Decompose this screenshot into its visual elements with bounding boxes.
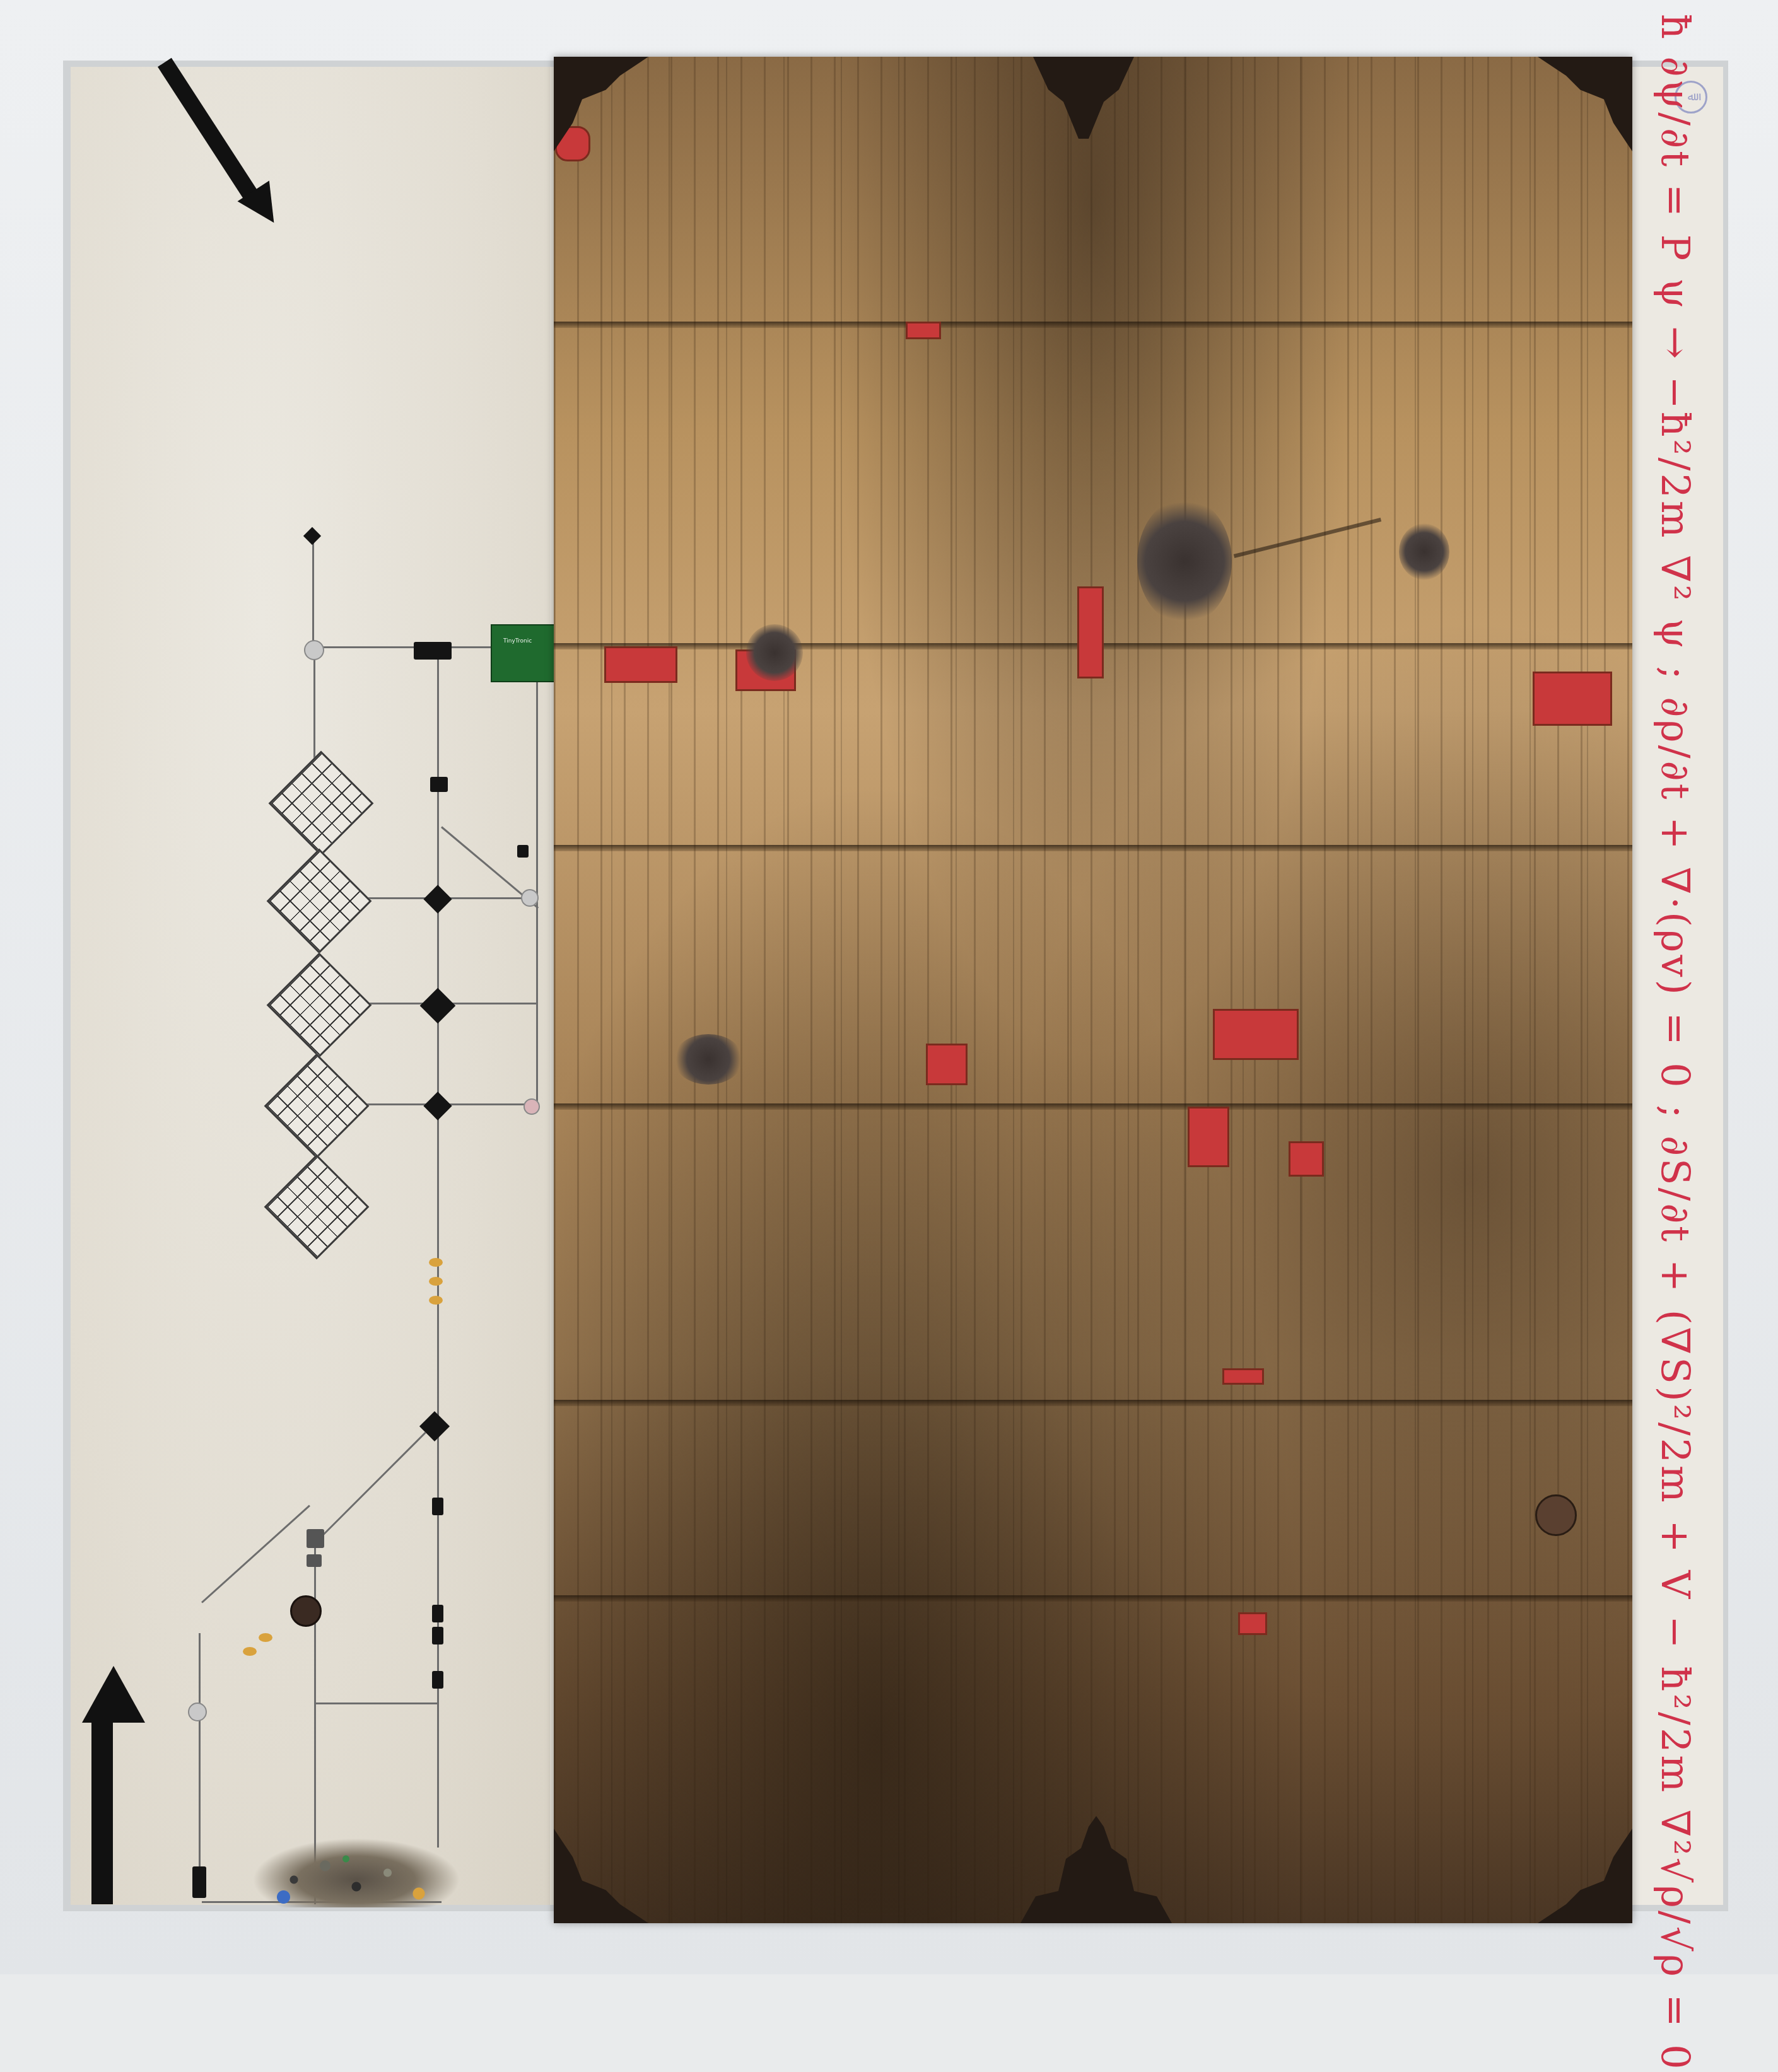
- inductor: [307, 1529, 324, 1548]
- thread: [1234, 518, 1381, 558]
- ceramic-capacitor: [259, 1633, 272, 1642]
- smd-chip: [430, 777, 448, 792]
- handwritten-equation: i ħ ∂ψ/∂t = P ψ → −ħ²/2m ∇² ψ ; ∂ρ/∂t + …: [1637, 164, 1713, 1892]
- corner-bracket-bottom-right: [1538, 1829, 1632, 1923]
- red-paint-patch: [906, 322, 941, 339]
- smd-chip: [432, 1498, 443, 1515]
- bottom-center-ornament: [1021, 1816, 1172, 1923]
- equation-text: i ħ ∂ψ/∂t = P ψ → −ħ²/2m ∇² ψ ; ∂ρ/∂t + …: [1652, 0, 1699, 1974]
- capacitor: [188, 1702, 207, 1721]
- capacitor: [523, 1098, 540, 1115]
- wire: [437, 656, 439, 1848]
- red-paint-patch: [1222, 1368, 1264, 1385]
- component-debris-pile: [252, 1838, 460, 1907]
- board-seam: [554, 845, 1632, 851]
- ceramic-capacitor: [429, 1296, 443, 1305]
- ceramic-capacitor: [429, 1277, 443, 1286]
- burn-mark: [674, 1034, 743, 1085]
- inductor: [192, 1866, 206, 1898]
- burn-mark: [1399, 523, 1449, 580]
- green-pcb-board: TinyTronic: [491, 624, 559, 682]
- red-paint-patch: [1289, 1141, 1324, 1177]
- switch: [517, 845, 529, 858]
- capacitor: [304, 640, 324, 660]
- red-paint-patch: [1238, 1612, 1267, 1635]
- red-paint-patch: [604, 646, 677, 683]
- weathered-wood-board: [554, 57, 1632, 1923]
- capacitor: [521, 889, 539, 907]
- potentiometer: [290, 1595, 322, 1627]
- board-seam: [554, 1595, 1632, 1602]
- wire: [315, 1702, 438, 1704]
- charred-cloth-fragment: [1137, 498, 1232, 624]
- up-arrow-icon: [91, 1721, 113, 1904]
- red-paint-patch: [1533, 672, 1612, 726]
- smd-chip: [432, 1605, 443, 1622]
- ceramic-capacitor: [429, 1258, 443, 1267]
- smd-chip: [432, 1671, 443, 1689]
- top-center-ornament: [1033, 57, 1134, 139]
- ic-chip: [414, 642, 452, 660]
- ornamental-rosette: [1535, 1494, 1577, 1536]
- up-arrow-head-icon: [82, 1666, 145, 1723]
- inductor: [307, 1554, 322, 1567]
- smd-chip: [432, 1627, 443, 1644]
- wire: [312, 536, 314, 643]
- pcb-label: TinyTronic: [503, 638, 532, 644]
- wire: [199, 1633, 201, 1898]
- ceramic-capacitor: [243, 1647, 257, 1656]
- board-seam: [554, 322, 1632, 328]
- red-paint-patch: [1077, 586, 1104, 678]
- board-seam: [554, 1400, 1632, 1406]
- burn-mark: [746, 624, 803, 681]
- corner-bracket-top-right: [1538, 57, 1632, 151]
- corner-bracket-bottom-left: [554, 1829, 648, 1923]
- board-seam: [554, 1103, 1632, 1110]
- wire: [315, 646, 492, 648]
- red-paint-patch: [1188, 1107, 1229, 1167]
- red-paint-patch: [926, 1044, 968, 1085]
- red-paint-patch: [1213, 1009, 1299, 1060]
